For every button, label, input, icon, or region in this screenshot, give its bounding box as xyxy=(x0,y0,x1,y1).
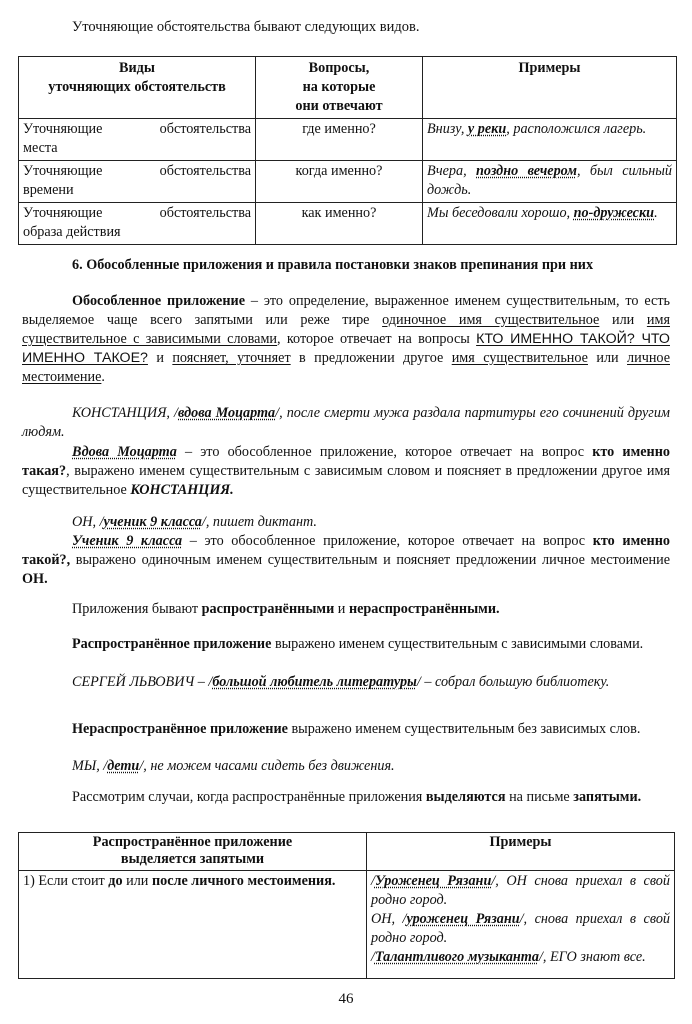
header-rule-line1: Распространённое приложение xyxy=(23,834,362,851)
text: , выражено именем существительным с зави… xyxy=(22,463,670,498)
nonextended-definition: Нераспространённое приложение выражено и… xyxy=(22,720,670,739)
types-paragraph: Приложения бывают распространёнными и не… xyxy=(22,600,670,619)
extended-example: СЕРГЕЙ ЛЬВОВИЧ – /большой любитель литер… xyxy=(22,673,670,692)
example-cell: Внизу, у реки, расположился лагерь. xyxy=(423,119,677,161)
example-highlight: по-дружески xyxy=(574,205,654,221)
definition-term: Обособленное приложение xyxy=(72,293,245,309)
text: или xyxy=(588,350,627,366)
type-word: обстоятельства xyxy=(160,162,251,181)
type-cell: Уточняющиеобстоятельства времени xyxy=(19,161,256,203)
example-highlight: у реки xyxy=(468,121,506,137)
underlined-text: имя существительное xyxy=(452,350,588,366)
text: на письме xyxy=(506,789,574,805)
text: МЫ, / xyxy=(72,758,107,774)
type-word: обстоятельства xyxy=(160,204,251,223)
header-examples: Примеры xyxy=(423,57,677,119)
header-types-line2: уточняющих обстоятельств xyxy=(23,78,251,97)
bold-word: до xyxy=(108,873,122,889)
example2-sentence: ОН, /ученик 9 класса/, пишет диктант. xyxy=(22,513,670,532)
example-line: ОН, /уроженец Рязани/, снова приехал в с… xyxy=(371,910,670,948)
bold-word: выделяются xyxy=(426,789,506,805)
type-rest: места xyxy=(23,139,251,158)
question-cell: когда именно? xyxy=(256,161,423,203)
section-heading: 6. Обособленные приложения и правила пос… xyxy=(72,256,593,275)
extended-definition: Распространённое приложение выражено име… xyxy=(22,635,670,654)
text: – это обособленное приложение, которое о… xyxy=(177,444,592,460)
table-header-row: Виды уточняющих обстоятельств Вопросы, н… xyxy=(19,57,677,119)
question-cell: как именно? xyxy=(256,203,423,245)
text: и xyxy=(148,350,172,366)
type-word: Уточняющие xyxy=(23,120,102,139)
text: ОН, / xyxy=(72,514,104,530)
appositive-highlight: Ученик 9 класса xyxy=(72,533,182,549)
appositive-highlight: ученик 9 класса xyxy=(104,514,202,530)
appositive-highlight: Вдова Моцарта xyxy=(72,444,177,460)
type-rest: времени xyxy=(23,181,251,200)
header-questions: Вопросы, на которые они отвечают xyxy=(256,57,423,119)
text: или xyxy=(123,873,152,889)
header-questions-line2: на которые xyxy=(260,78,418,97)
table-row: Уточняющиеобстоятельства времени когда и… xyxy=(19,161,677,203)
text: . xyxy=(101,369,105,385)
example-text: , расположился лагерь. xyxy=(506,121,646,137)
text: СЕРГЕЙ ЛЬВОВИЧ – / xyxy=(72,674,212,690)
bold-word: распространёнными xyxy=(202,601,335,617)
text: – это обособленное приложение, которое о… xyxy=(182,533,593,549)
appositive-highlight: уроженец Рязани xyxy=(406,911,519,927)
example1-sentence: КОНСТАНЦИЯ, /вдова Моцарта/, после смерт… xyxy=(22,404,670,442)
header-questions-line1: Вопросы, xyxy=(260,59,418,78)
appositive-highlight: Талантливого музыканта xyxy=(375,949,539,965)
bold-word: после личного местоимения. xyxy=(152,873,336,889)
example1-explanation: Вдова Моцарта – это обособленное приложе… xyxy=(22,443,670,500)
text: /, пишет диктант. xyxy=(202,514,317,530)
appositive-highlight: Уроженец Рязани xyxy=(375,873,491,889)
comma-cases-table: Распространённое приложение выделяется з… xyxy=(18,832,675,979)
text: и xyxy=(334,601,349,617)
text: / – собрал большую библиотеку. xyxy=(417,674,609,690)
text: выражено одиночным именем существительны… xyxy=(70,552,670,568)
example-line: /Уроженец Рязани/, ОН снова приехал в св… xyxy=(371,872,670,910)
text: ОН, / xyxy=(371,911,406,927)
type-word: Уточняющие xyxy=(23,162,102,181)
page-number: 46 xyxy=(0,990,692,1009)
appositive-highlight: большой любитель литературы xyxy=(212,674,417,690)
appositive-highlight: дети xyxy=(107,758,139,774)
table-row: Уточняющиеобстоятельства образа действия… xyxy=(19,203,677,245)
underlined-text: одиночное имя существительное xyxy=(382,312,599,328)
text: /, ЕГО знают все. xyxy=(539,949,646,965)
type-rest: образа действия xyxy=(23,223,251,242)
text: , которое отвечает на вопросы xyxy=(277,331,476,347)
header-examples: Примеры xyxy=(367,833,675,871)
example-line: /Талантливого музыканта/, ЕГО знают все. xyxy=(371,948,670,967)
intro-sentence: Уточняющие обстоятельства бывают следующ… xyxy=(72,18,419,37)
header-rule: Распространённое приложение выделяется з… xyxy=(19,833,367,871)
example-text: Внизу, xyxy=(427,121,468,137)
header-questions-line3: они отвечают xyxy=(260,97,418,116)
example-text: . xyxy=(654,205,658,221)
example-cell: Вчера, поздно вечером, был сильный дождь… xyxy=(423,161,677,203)
header-types-line1: Виды xyxy=(23,59,251,78)
question-cell: где именно? xyxy=(256,119,423,161)
bold-word: запятыми. xyxy=(573,789,641,805)
text: КОНСТАНЦИЯ, / xyxy=(72,405,178,421)
type-cell: Уточняющиеобстоятельства образа действия xyxy=(19,203,256,245)
text: /, не можем часами сидеть без движения. xyxy=(139,758,394,774)
table-header-row: Распространённое приложение выделяется з… xyxy=(19,833,675,871)
consider-paragraph: Рассмотрим случаи, когда распространённы… xyxy=(22,788,670,807)
example2-explanation: Ученик 9 класса – это обособленное прило… xyxy=(22,532,670,589)
table-row: Уточняющиеобстоятельства места где именн… xyxy=(19,119,677,161)
example-highlight: поздно вечером xyxy=(476,163,577,179)
example-text: Мы беседовали хорошо, xyxy=(427,205,574,221)
rule-cell: 1) Если стоит до или после личного место… xyxy=(19,871,367,979)
appositive-highlight: вдова Моцарта xyxy=(178,405,275,421)
type-word: обстоятельства xyxy=(160,120,251,139)
example-cell: Мы беседовали хорошо, по-дружески. xyxy=(423,203,677,245)
examples-cell: /Уроженец Рязани/, ОН снова приехал в св… xyxy=(367,871,675,979)
underlined-text: поясняет, уточняет xyxy=(172,350,290,366)
example-text: Вчера, xyxy=(427,163,476,179)
text: выражено именем существительным без зави… xyxy=(288,721,640,737)
bold-word: КОНСТАНЦИЯ. xyxy=(130,482,233,498)
text: Рассмотрим случаи, когда распространённы… xyxy=(72,789,426,805)
text: 1) Если стоит xyxy=(23,873,108,889)
type-cell: Уточняющиеобстоятельства места xyxy=(19,119,256,161)
term-bold: Распространённое приложение xyxy=(72,636,271,652)
definition-paragraph: Обособленное приложение – это определени… xyxy=(22,292,670,387)
header-rule-line2: выделяется запятыми xyxy=(23,851,362,868)
header-types: Виды уточняющих обстоятельств xyxy=(19,57,256,119)
bold-word: ОН. xyxy=(22,571,48,587)
text: или xyxy=(599,312,647,328)
adverbial-types-table: Виды уточняющих обстоятельств Вопросы, н… xyxy=(18,56,677,245)
nonextended-example: МЫ, /дети/, не можем часами сидеть без д… xyxy=(22,757,670,776)
type-word: Уточняющие xyxy=(23,204,102,223)
table-row: 1) Если стоит до или после личного место… xyxy=(19,871,675,979)
text: выражено именем существительным с зависи… xyxy=(271,636,643,652)
text: Приложения бывают xyxy=(72,601,202,617)
term-bold: Нераспространённое приложение xyxy=(72,721,288,737)
bold-word: нераспространёнными. xyxy=(349,601,500,617)
text: в предложении другое xyxy=(291,350,452,366)
